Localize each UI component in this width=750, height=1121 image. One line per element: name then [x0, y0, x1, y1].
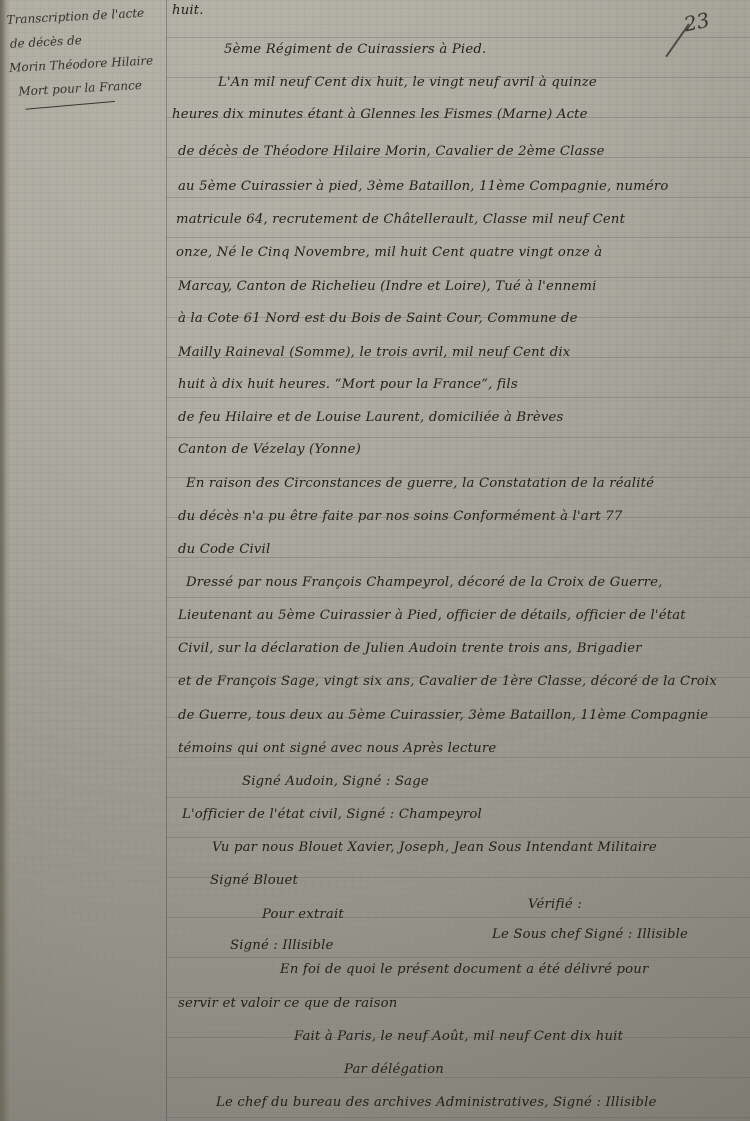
- record-line: à la Cote 61 Nord est du Bois de Saint C…: [178, 311, 578, 326]
- record-line: Par délégation: [344, 1062, 444, 1077]
- record-line: 5ème Régiment de Cuirassiers à Pied.: [224, 42, 486, 57]
- record-line: Signé : Illisible: [230, 938, 334, 953]
- record-line: servir et valoir ce que de raison: [178, 996, 397, 1011]
- margin-rule: [166, 0, 167, 1121]
- paper-grid: [0, 0, 750, 1121]
- record-line: Canton de Vézelay (Yonne): [178, 442, 361, 457]
- record-line: Le chef du bureau des archives Administr…: [216, 1095, 657, 1110]
- register-page: Transcription de l'acte de décès de Mori…: [0, 0, 750, 1121]
- record-line: de feu Hilaire et de Louise Laurent, dom…: [178, 410, 563, 425]
- record-line: Le Sous chef Signé : Illisible: [492, 927, 688, 942]
- record-line: Mailly Raineval (Somme), le trois avril,…: [178, 345, 570, 360]
- record-line: Signé Audoin, Signé : Sage: [242, 774, 429, 789]
- folio-number: 23: [682, 8, 712, 37]
- record-line: L'officier de l'état civil, Signé : Cham…: [182, 807, 482, 822]
- record-line: huit.: [172, 3, 204, 18]
- record-line: En foi de quoi le présent document a été…: [280, 962, 649, 977]
- record-line: huit à dix huit heures. “Mort pour la Fr…: [178, 377, 518, 392]
- folio-flourish: [665, 23, 690, 57]
- record-line: et de François Sage, vingt six ans, Cava…: [178, 674, 717, 689]
- record-line: au 5ème Cuirassier à pied, 3ème Bataillo…: [178, 179, 669, 194]
- record-line: Signé Blouet: [210, 873, 298, 888]
- record-line: Dressé par nous François Champeyrol, déc…: [186, 575, 663, 590]
- record-line: de décès de Théodore Hilaire Morin, Cava…: [178, 144, 605, 159]
- record-line: de Guerre, tous deux au 5ème Cuirassier,…: [178, 708, 708, 723]
- margin-note: Transcription de l'acte de décès de Mori…: [6, 0, 166, 109]
- record-line: Fait à Paris, le neuf Août, mil neuf Cen…: [294, 1029, 623, 1044]
- record-line: L'An mil neuf Cent dix huit, le vingt ne…: [218, 75, 597, 90]
- record-line: Pour extrait: [262, 907, 344, 922]
- record-line: Lieutenant au 5ème Cuirassier à Pied, of…: [178, 608, 686, 623]
- record-line: heures dix minutes étant à Glennes les F…: [172, 107, 588, 122]
- record-line: En raison des Circonstances de guerre, l…: [186, 476, 654, 491]
- record-line: onze, Né le Cinq Novembre, mil huit Cent…: [176, 245, 602, 260]
- record-line: Vu par nous Blouet Xavier, Joseph, Jean …: [212, 840, 657, 855]
- record-line: Marcay, Canton de Richelieu (Indre et Lo…: [178, 279, 597, 294]
- record-line: Vérifié :: [528, 897, 582, 912]
- record-line: du Code Civil: [178, 542, 270, 557]
- binding-shadow: [0, 0, 6, 1121]
- record-line: Civil, sur la déclaration de Julien Audo…: [178, 641, 642, 656]
- record-line: du décès n'a pu être faite par nos soins…: [178, 509, 622, 524]
- record-line: témoins qui ont signé avec nous Après le…: [178, 741, 496, 756]
- record-line: matricule 64, recrutement de Châtellerau…: [176, 212, 625, 227]
